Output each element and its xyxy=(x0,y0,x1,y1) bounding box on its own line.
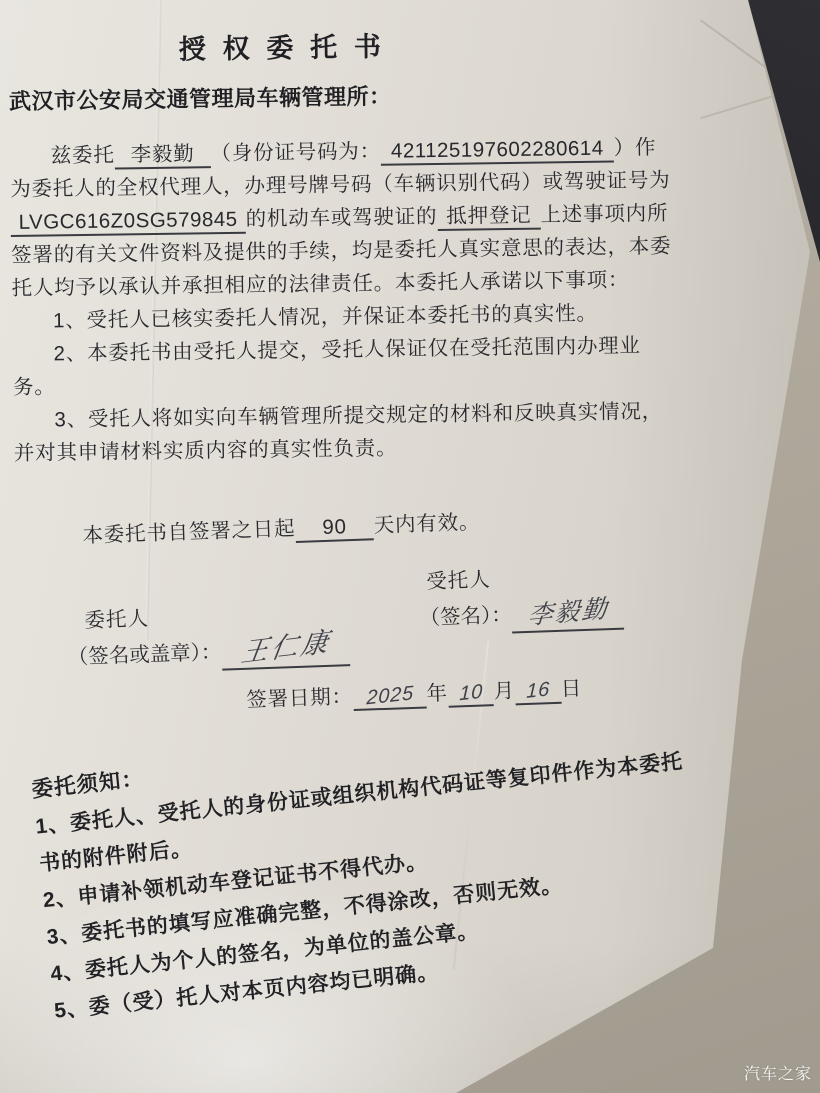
signature-section: 本委托书自签署之日起90天内有效。 委托人 （签名或盖章）：王仁康 受托人 （签… xyxy=(8,499,665,726)
validity-days-filled: 90 xyxy=(295,514,374,542)
agent-sign-label: （签名）： xyxy=(419,603,512,629)
photo-of-authorization-document: 授权委托书 武汉市公安局交通管理局车辆管理所： 兹委托李毅勤（身份证号码为：42… xyxy=(0,0,820,1093)
addressee-line: 武汉市公安局交通管理局车辆管理所： xyxy=(9,76,674,116)
sign-date-day-underline: 16 xyxy=(514,678,561,706)
sign-date-label: 签署日期： xyxy=(246,685,353,712)
agent-handwritten-signature: 李毅勤 xyxy=(526,595,609,631)
year-unit: 年 xyxy=(426,682,448,706)
id-number-filled: 421125197602280614 xyxy=(381,137,614,166)
agent-signature-line: （签名）：李毅勤 xyxy=(419,594,624,637)
signature-row: 委托人 （签名或盖章）：王仁康 受托人 （签名）：李毅勤 xyxy=(10,556,663,678)
validity-prefix: 本委托书自签署之日起 xyxy=(82,517,296,547)
trustee-name-filled: 李毅勤 xyxy=(115,142,211,169)
day-unit: 日 xyxy=(560,677,582,701)
promise-item-2: 2、本委托书由受托人提交，受托人保证仅在受托范围内办理业务。 xyxy=(12,329,678,404)
sign-date-year-underline: 2025 xyxy=(352,683,427,712)
intro-mid: 的机动车或驾驶证的 xyxy=(245,205,437,231)
principal-signature-underline: 王仁康 xyxy=(221,633,350,670)
agent-signature-underline: 李毅勤 xyxy=(511,599,624,634)
document-top-section: 授权委托书 武汉市公安局交通管理局车辆管理所： 兹委托李毅勤（身份证号码为：42… xyxy=(8,21,679,470)
principal-handwritten-signature: 王仁康 xyxy=(239,626,333,669)
month-unit: 月 xyxy=(493,679,515,703)
principal-signature-block: 委托人 （签名或盖章）：王仁康 xyxy=(66,593,373,676)
business-type-filled: 抵押登记 xyxy=(437,204,541,231)
sign-date-month: 10 xyxy=(458,681,483,707)
validity-suffix: 天内有效。 xyxy=(373,511,480,538)
validity-line: 本委托书自签署之日起90天内有效。 xyxy=(8,499,659,555)
authorization-letter-paper: 授权委托书 武汉市公安局交通管理局车辆管理所： 兹委托李毅勤（身份证号码为：42… xyxy=(0,0,820,1093)
promise-item-3: 3、受托人将如实向车辆管理所提交规定的材料和反映真实情况，并对其申请材料实质内容… xyxy=(13,395,679,470)
principal-sign-label: （签名或盖章）： xyxy=(67,641,221,669)
intro-lead: 兹委托 xyxy=(51,144,115,168)
id-label: （身份证号码为： xyxy=(210,140,381,165)
sign-date-month-underline: 10 xyxy=(447,680,494,708)
agent-signature-block: 受托人 （签名）：李毅勤 xyxy=(418,558,626,664)
intro-paragraph: 兹委托李毅勤（身份证号码为：421125197602280614）作为委托人的全… xyxy=(10,131,677,305)
autohome-watermark: 汽车之家 xyxy=(744,1061,812,1084)
sign-date-year: 2025 xyxy=(366,682,414,710)
sign-date-day: 16 xyxy=(526,678,551,704)
vin-filled: LVGC616Z0SG579845 xyxy=(11,208,246,237)
notes-section: 委托须知： 1、委托人、受托人的身份证或组织机构代码证等复印件作为本委托书的附件… xyxy=(30,704,721,1029)
document-title: 授权委托书 xyxy=(8,22,568,69)
